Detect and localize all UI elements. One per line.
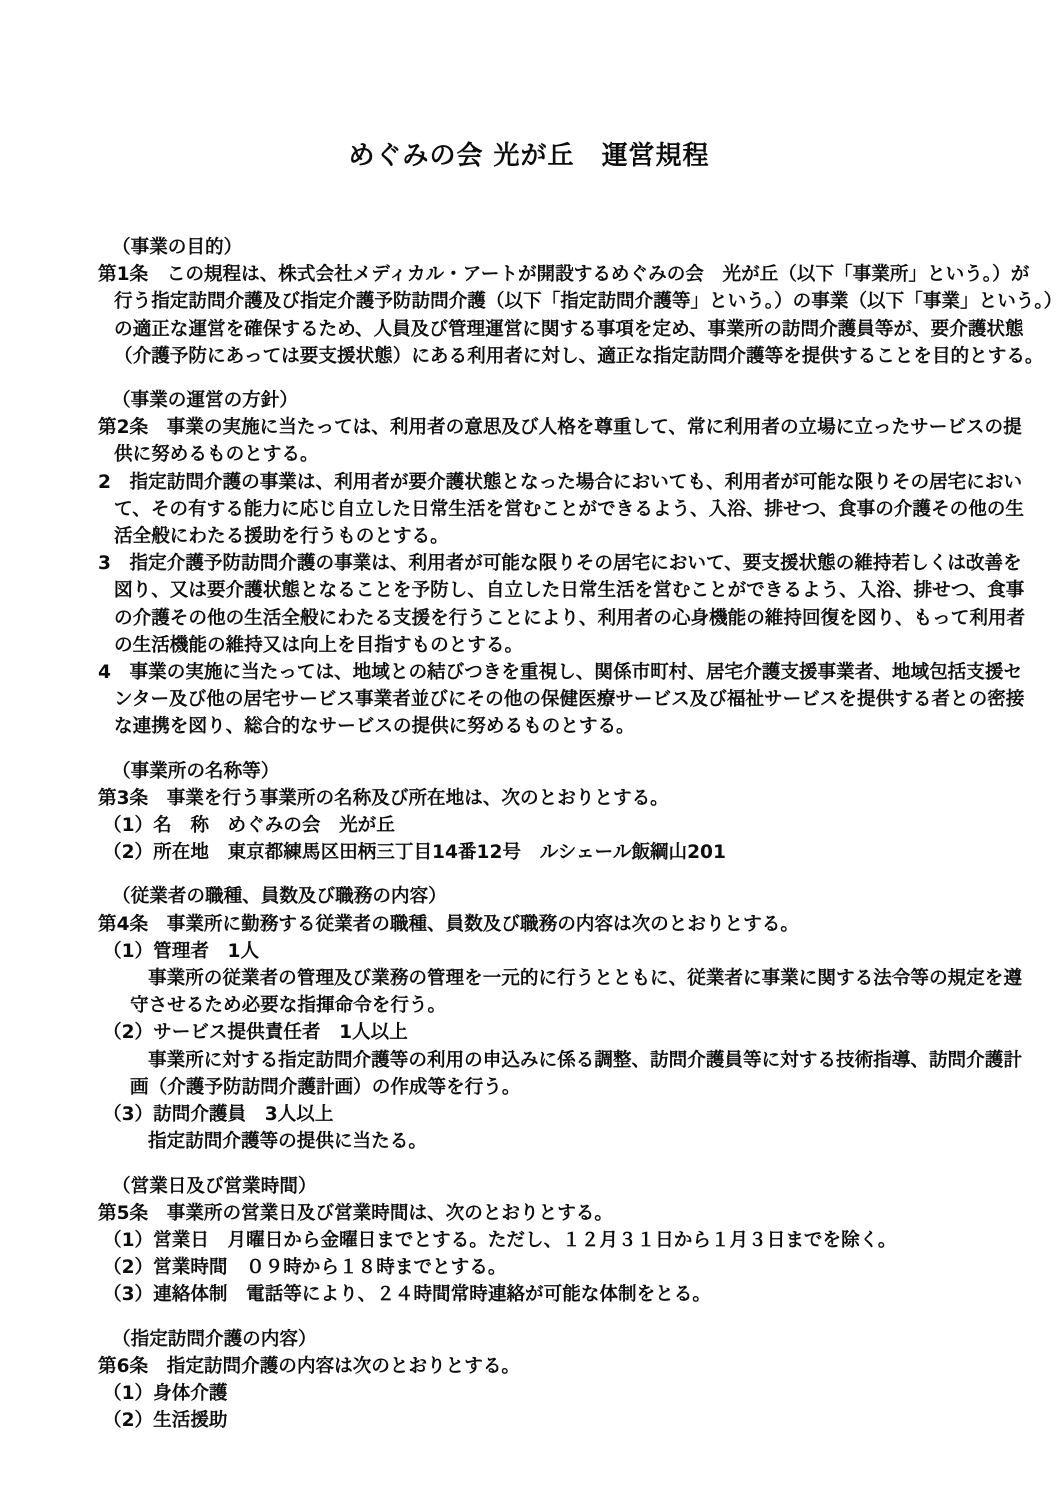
document-line: （2）所在地 東京都練馬区田柄三丁目14番12号 ルシェール飯綱山201 bbox=[98, 839, 968, 866]
document-section: （営業日及び営業時間）第5条 事業所の営業日及び営業時間は、次のとおりとする。（… bbox=[98, 1173, 968, 1309]
section-heading: （事業所の名称等） bbox=[98, 758, 968, 785]
document-line: 第1条 この規程は、株式会社メディカル・アートが開設するめぐみの会 光が丘（以下… bbox=[98, 261, 968, 288]
document-section: （従業者の職種、員数及び職務の内容）第4条 事業所に勤務する従業者の職種、員数及… bbox=[98, 883, 968, 1155]
document-line: 画（介護予防訪問介護計画）の作成等を行う。 bbox=[98, 1074, 968, 1101]
document-line: 第4条 事業所に勤務する従業者の職種、員数及び職務の内容は次のとおりとする。 bbox=[98, 911, 968, 938]
document-line: の介護その他の生活全般にわたる支援を行うことにより、利用者の心身機能の維持回復を… bbox=[98, 605, 968, 632]
document-body: （事業の目的）第1条 この規程は、株式会社メディカル・アートが開設するめぐみの会… bbox=[98, 234, 968, 1434]
section-heading: （事業の運営の方針） bbox=[98, 387, 968, 414]
document-line: （2）営業時間 ０９時から１８時までとする。 bbox=[98, 1254, 968, 1281]
document-line: 第6条 指定訪問介護の内容は次のとおりとする。 bbox=[98, 1353, 968, 1380]
section-heading: （指定訪問介護の内容） bbox=[98, 1326, 968, 1353]
document-line: 守させるため必要な指揮命令を行う。 bbox=[98, 992, 968, 1019]
document-line: 事業所に対する指定訪問介護等の利用の申込みに係る調整、訪問介護員等に対する技術指… bbox=[98, 1047, 968, 1074]
document-section: （事業所の名称等）第3条 事業を行う事業所の名称及び所在地は、次のとおりとする。… bbox=[98, 758, 968, 867]
document-section: （事業の目的）第1条 この規程は、株式会社メディカル・アートが開設するめぐみの会… bbox=[98, 234, 968, 370]
document-line: て、その有する能力に応じ自立した日常生活を営むことができるよう、入浴、排せつ、食… bbox=[98, 496, 968, 523]
document-line: 4 事業の実施に当たっては、地域との結びつきを重視し、関係市町村、居宅介護支援事… bbox=[98, 659, 968, 686]
document-line: 第2条 事業の実施に当たっては、利用者の意思及び人格を尊重して、常に利用者の立場… bbox=[98, 414, 968, 441]
document-title: めぐみの会 光が丘 運営規程 bbox=[0, 140, 1058, 172]
document-line: （3）連絡体制 電話等により、２４時間常時連絡が可能な体制をとる。 bbox=[98, 1281, 968, 1308]
document-section: （指定訪問介護の内容）第6条 指定訪問介護の内容は次のとおりとする。（1）身体介… bbox=[98, 1326, 968, 1435]
document-line: （1）身体介護 bbox=[98, 1380, 968, 1407]
document-line: 事業所の従業者の管理及び業務の管理を一元的に行うとともに、従業者に事業に関する法… bbox=[98, 965, 968, 992]
document-line: （3）訪問介護員 3人以上 bbox=[98, 1101, 968, 1128]
document-line: 2 指定訪問介護の事業は、利用者が要介護状態となった場合においても、利用者が可能… bbox=[98, 469, 968, 496]
document-line: な連携を図り、総合的なサービスの提供に努めるものとする。 bbox=[98, 713, 968, 740]
document-section: （事業の運営の方針）第2条 事業の実施に当たっては、利用者の意思及び人格を尊重し… bbox=[98, 387, 968, 741]
document-line: ンター及び他の居宅サービス事業者並びにその他の保健医療サービス及び福祉サービスを… bbox=[98, 686, 968, 713]
document-line: 第5条 事業所の営業日及び営業時間は、次のとおりとする。 bbox=[98, 1200, 968, 1227]
document-line: （介護予防にあっては要支援状態）にある利用者に対し、適正な指定訪問介護等を提供す… bbox=[98, 343, 968, 370]
document-line: （1）名 称 めぐみの会 光が丘 bbox=[98, 812, 968, 839]
section-heading: （従業者の職種、員数及び職務の内容） bbox=[98, 883, 968, 910]
document-line: の適正な運営を確保するため、人員及び管理運営に関する事項を定め、事業所の訪問介護… bbox=[98, 316, 968, 343]
document-line: 3 指定介護予防訪問介護の事業は、利用者が可能な限りその居宅において、要支援状態… bbox=[98, 550, 968, 577]
document-line: 指定訪問介護等の提供に当たる。 bbox=[98, 1128, 968, 1155]
document-line: （1）営業日 月曜日から金曜日までとする。ただし、１２月３１日から１月３日までを… bbox=[98, 1227, 968, 1254]
document-line: （1）管理者 1人 bbox=[98, 938, 968, 965]
document-line: 図り、又は要介護状態となることを予防し、自立した日常生活を営むことができるよう、… bbox=[98, 577, 968, 604]
document-line: 供に努めるものとする。 bbox=[98, 441, 968, 468]
document-line: 行う指定訪問介護及び指定介護予防訪問介護（以下「指定訪問介護等」という。）の事業… bbox=[98, 288, 968, 315]
document-page: めぐみの会 光が丘 運営規程 （事業の目的）第1条 この規程は、株式会社メディカ… bbox=[0, 0, 1058, 1497]
document-line: （2）生活援助 bbox=[98, 1407, 968, 1434]
section-heading: （事業の目的） bbox=[98, 234, 968, 261]
document-line: （2）サービス提供責任者 1人以上 bbox=[98, 1019, 968, 1046]
document-line: の生活機能の維持又は向上を目指すものとする。 bbox=[98, 632, 968, 659]
document-line: 第3条 事業を行う事業所の名称及び所在地は、次のとおりとする。 bbox=[98, 785, 968, 812]
document-line: 活全般にわたる援助を行うものとする。 bbox=[98, 523, 968, 550]
section-heading: （営業日及び営業時間） bbox=[98, 1173, 968, 1200]
